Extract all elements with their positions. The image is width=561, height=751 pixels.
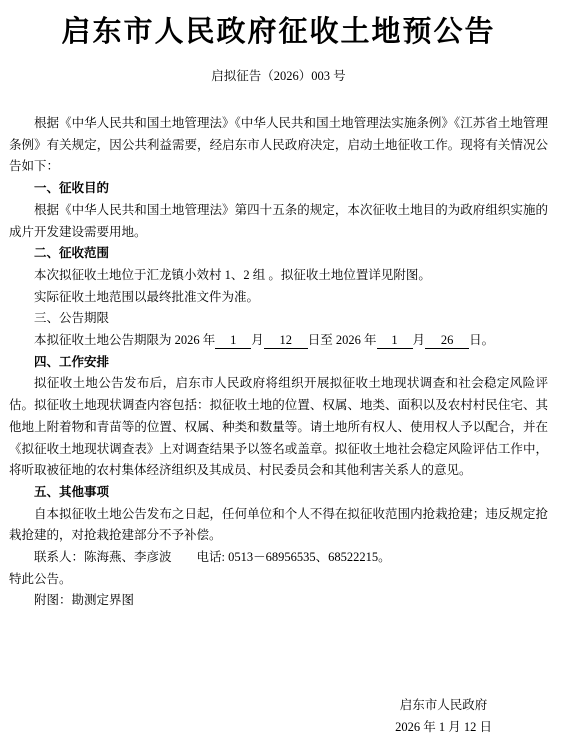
section-3-period-line: 本拟征收土地公告期限为 2026 年1月12日至 2026 年1月26日。 bbox=[9, 330, 548, 352]
section-1-heading: 一、征收目的 bbox=[9, 178, 548, 200]
issuer-name: 启东市人民政府 bbox=[395, 694, 492, 716]
section-5-heading: 五、其他事项 bbox=[9, 482, 548, 504]
period-start-month-blank: 1 bbox=[215, 333, 251, 349]
document-body: 根据《中华人民共和国土地管理法》《中华人民共和国土地管理法实施条例》《江苏省土地… bbox=[9, 113, 548, 612]
section-1-text: 根据《中华人民共和国土地管理法》第四十五条的规定，本次征收土地目的为政府组织实施… bbox=[9, 200, 548, 243]
section-3-heading: 三、公告期限 bbox=[9, 308, 548, 330]
section-4-heading: 四、工作安排 bbox=[9, 352, 548, 374]
section-2-text-1: 本次拟征收土地位于汇龙镇小效村 1、2 组 。拟征收土地位置详见附图。 bbox=[9, 265, 548, 287]
period-end-day-blank: 26 bbox=[425, 333, 469, 349]
period-suffix: 日。 bbox=[469, 333, 494, 347]
contact-line: 联系人：陈海燕、李彦波 电话: 0513－68956535、68522215。 bbox=[9, 547, 548, 569]
document-number: 启拟征告（2026）003 号 bbox=[9, 68, 548, 84]
page-title: 启东市人民政府征收土地预公告 bbox=[9, 14, 548, 51]
section-5-text: 自本拟征收土地公告发布之日起，任何单位和个人不得在拟征收范围内抢栽抢建；违反规定… bbox=[9, 504, 548, 547]
section-2-text-2: 实际征收土地范围以最终批准文件为准。 bbox=[9, 287, 548, 309]
period-month-label-1: 月 bbox=[251, 333, 264, 347]
period-prefix: 本拟征收土地公告期限为 2026 年 bbox=[34, 333, 215, 347]
period-end-month-blank: 1 bbox=[377, 333, 413, 349]
hereby-announced-line: 特此公告。 bbox=[9, 569, 548, 591]
signature-block: 启东市人民政府 2026 年 1 月 12 日 bbox=[9, 694, 548, 738]
period-middle: 日至 2026 年 bbox=[308, 333, 377, 347]
intro-paragraph: 根据《中华人民共和国土地管理法》《中华人民共和国土地管理法实施条例》《江苏省土地… bbox=[9, 113, 548, 178]
announcement-page: 启东市人民政府征收土地预公告 启拟征告（2026）003 号 根据《中华人民共和… bbox=[0, 0, 561, 751]
period-start-day-blank: 12 bbox=[264, 333, 308, 349]
signature-inner: 启东市人民政府 2026 年 1 月 12 日 bbox=[395, 694, 492, 738]
section-4-text: 拟征收土地公告发布后，启东市人民政府将组织开展拟征收土地现状调查和社会稳定风险评… bbox=[9, 373, 548, 482]
section-2-heading: 二、征收范围 bbox=[9, 243, 548, 265]
period-month-label-2: 月 bbox=[413, 333, 426, 347]
issue-date: 2026 年 1 月 12 日 bbox=[395, 716, 492, 738]
attachment-line: 附图：勘测定界图 bbox=[9, 590, 548, 612]
